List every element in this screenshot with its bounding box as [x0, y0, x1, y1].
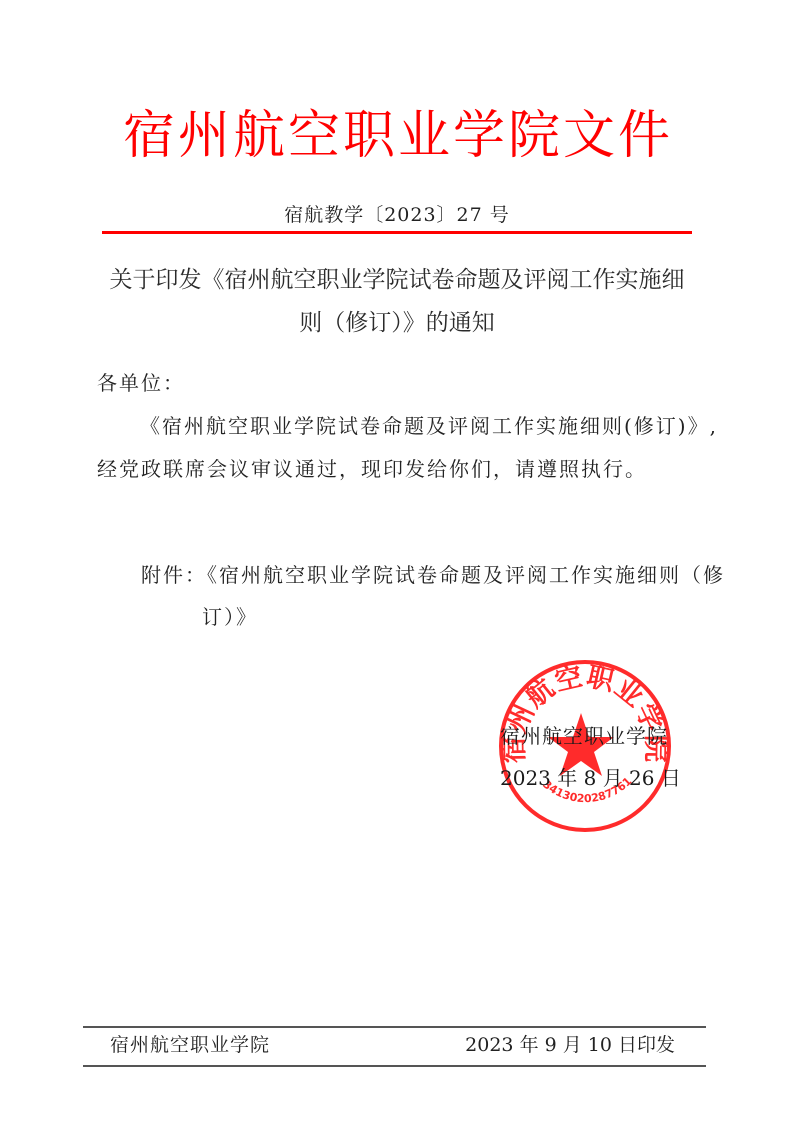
footer-issuer: 宿州航空职业学院: [110, 1032, 270, 1058]
masthead-title: 宿州航空职业学院文件: [120, 104, 676, 168]
headline-line-1: 关于印发《宿州航空职业学院试卷命题及评阅工作实施细: [90, 259, 704, 302]
headline-line-2: 则（修订）》的通知: [90, 302, 704, 345]
body-paragraph-line-1: 《宿州航空职业学院试卷命题及评阅工作实施细则(修订)》,: [140, 413, 718, 439]
salutation: 各单位：: [97, 370, 185, 396]
document-number: 宿航教学〔2023〕27 号: [0, 203, 794, 227]
footer-issue-date: 2023 年 9 月 10 日印发: [385, 1032, 675, 1058]
document-page: 宿州航空职业学院文件 宿航教学〔2023〕27 号 关于印发《宿州航空职业学院试…: [0, 0, 794, 1122]
attachment-line-1: 附件：《宿州航空职业学院试卷命题及评阅工作实施细则（修: [141, 562, 725, 588]
red-divider-rule: [102, 231, 692, 234]
footer-rule-bottom: [83, 1065, 706, 1067]
signature-organization: 宿州航空职业学院: [500, 723, 668, 749]
footer-rule-top: [83, 1026, 706, 1028]
signature-date: 2023 年 8 月 26 日: [500, 765, 681, 791]
body-paragraph-line-2: 经党政联席会议审议通过，现印发给你们，请遵照执行。: [97, 456, 647, 482]
attachment-line-2: 订）》: [202, 604, 258, 630]
